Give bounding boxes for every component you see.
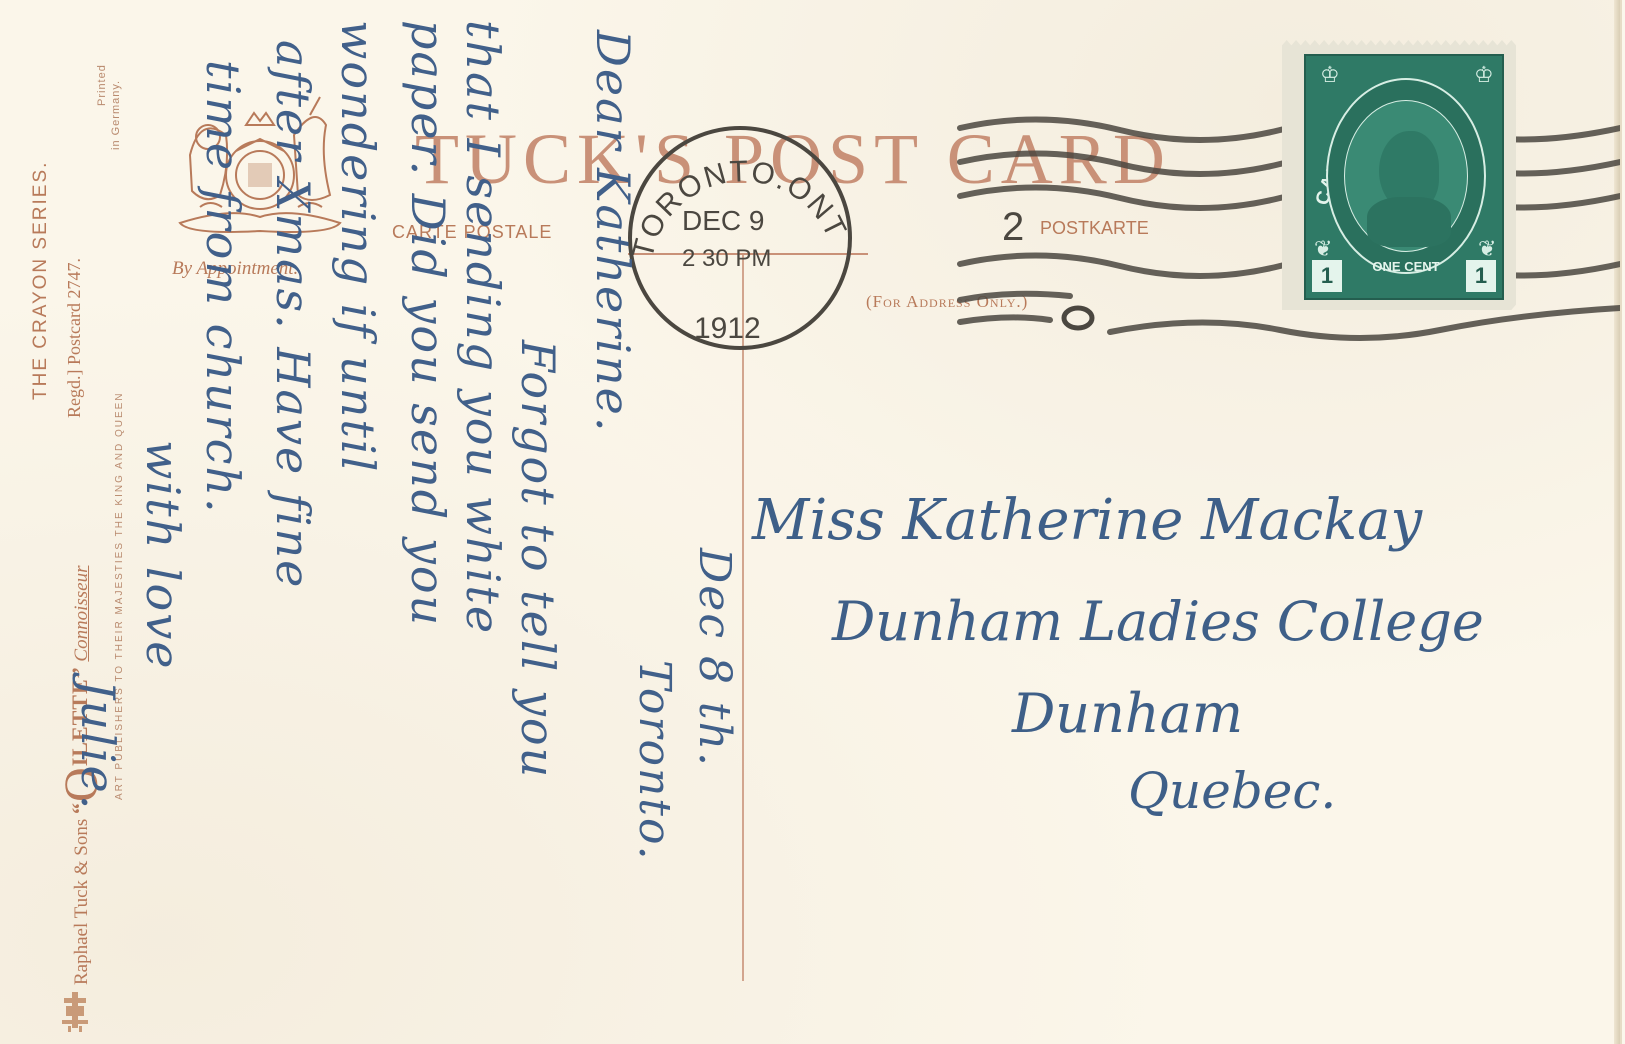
svg-text:❦: ❦ bbox=[1314, 236, 1332, 261]
tuck-easel-logo-icon bbox=[58, 990, 92, 1032]
stamp-value-right: 1 bbox=[1466, 260, 1496, 292]
stamp-portrait-oval bbox=[1326, 78, 1486, 274]
message-dateline-2: Toronto. bbox=[629, 660, 680, 862]
publisher-name: Raphael Tuck & Sons bbox=[71, 819, 92, 985]
message-line-3: paper. Did you send you bbox=[401, 20, 455, 627]
postmark-time: 2 30 PM bbox=[682, 245, 771, 272]
postcard-back: THE CRAYON SERIES. Regd.] Postcard 2747.… bbox=[0, 0, 1622, 1044]
message-line-2: that I sending you white bbox=[456, 20, 510, 635]
stamp-frame: CANADA POSTAGE ♔ ♔ ❦ ❦ 1 ONE CENT 1 bbox=[1304, 54, 1504, 300]
message-dateline-1: Dec 8 th. bbox=[689, 548, 740, 768]
svg-text:❦: ❦ bbox=[1478, 236, 1496, 261]
message-address-divider bbox=[742, 255, 744, 981]
canada-one-cent-stamp: CANADA POSTAGE ♔ ♔ ❦ ❦ 1 ONE CENT 1 bbox=[1282, 40, 1516, 310]
machine-number: 2 bbox=[1002, 205, 1024, 249]
toronto-postmark: TORONTO.ONT DEC 9 2 30 PM 1912 bbox=[622, 120, 858, 356]
svg-text:♔: ♔ bbox=[1474, 62, 1494, 87]
address-line-1: Miss Katherine Mackay bbox=[752, 488, 1422, 553]
stamp-value-left: 1 bbox=[1312, 260, 1342, 292]
stamp-denomination: ONE CENT bbox=[1362, 260, 1450, 290]
message-line-6: time from church. bbox=[196, 60, 250, 515]
postmark-year: 1912 bbox=[694, 312, 761, 345]
address-line-2: Dunham Ladies College bbox=[832, 590, 1484, 653]
svg-text:♔: ♔ bbox=[1320, 62, 1340, 87]
message-closing: with love bbox=[136, 440, 190, 670]
series-label: THE CRAYON SERIES. bbox=[30, 161, 52, 400]
printed-label: Printed bbox=[96, 64, 108, 106]
address-line-4: Quebec. bbox=[1128, 762, 1336, 820]
message-signature: Julie. bbox=[71, 680, 125, 811]
message-line-4: wondering if until bbox=[331, 20, 385, 473]
address-line-3: Dunham bbox=[1012, 682, 1243, 745]
connoisseur-label: Connoisseur bbox=[71, 566, 92, 662]
printed-country-label: in Germany. bbox=[110, 80, 122, 150]
message-greeting: Dear Katherine. bbox=[586, 30, 640, 433]
message-line-5: after Xmas. Have fine bbox=[266, 40, 320, 589]
message-line-1: Forgot to tell you bbox=[511, 340, 565, 779]
postmark-date: DEC 9 bbox=[682, 205, 764, 236]
registration-label: Regd.] Postcard 2747. bbox=[64, 258, 85, 418]
